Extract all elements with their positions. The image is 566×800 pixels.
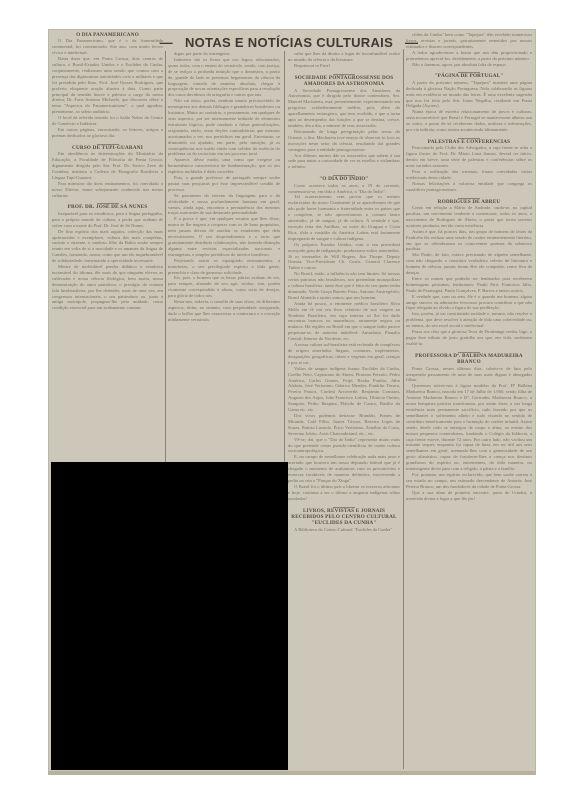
article-heading: PROF. DR. JOSÉ DE SÁ NUNES <box>52 204 163 210</box>
paragraph: A Biblioteca do Centro Cultural "Euclide… <box>288 527 400 533</box>
paragraph: Em obediência às determinações do Minist… <box>52 151 163 181</box>
paragraph: O local da referida reunião foi o Salão … <box>52 115 163 127</box>
column-1: O DIA PANAMERICANOO Dia Panamericano, qu… <box>52 32 163 462</box>
paragraph: Irreparável para os estudiosos, para a l… <box>52 211 163 229</box>
section-title: NOTAS E NOTÍCIAS CULTURAIS <box>185 35 393 50</box>
paragraph: Assim é que, há poucos dias, um grupo de… <box>406 229 532 253</box>
newspaper-page: — NOTAS E NOTÍCIAS CULTURAIS — O DIA PAN… <box>48 29 536 775</box>
paragraph: No Brasil, então, a influência não tem l… <box>288 271 400 301</box>
column-3: cular que lhes dá direito a lugar de inc… <box>288 51 400 769</box>
paragraph: Mestre de inolvidável pendor didático e … <box>52 264 163 311</box>
paragraph: Isto, porém, já vai constituindo raridad… <box>406 311 532 329</box>
paragraph: Inúmeros são os livros que nos legou, re… <box>168 57 280 98</box>
page-bottom-edge <box>48 771 536 775</box>
section-masthead: — NOTAS E NOTÍCIAS CULTURAIS — <box>164 32 414 52</box>
paragraph: Como acontece todos os anos, a 19 do cor… <box>288 183 400 195</box>
paragraph: Aos últimos muitos dão os associados que… <box>288 153 400 171</box>
column-4: clides da Cunha" bem como "Tapejara" têm… <box>406 32 532 772</box>
paragraph: Entre os nomes que poderão ser lembrados… <box>406 276 532 294</box>
paragraph: Para a realização das mesmas, foram conv… <box>406 169 532 181</box>
paragraph: Se passarmos do terreno da linguagem par… <box>168 193 280 217</box>
paragraph: Basta dizer que, em Ponta Grossa, dois c… <box>52 56 163 115</box>
paragraph: Como em relação a Mário de Andrade, cuid… <box>406 205 532 229</box>
paragraph: clides da Cunha" bem como "Tapejara" têm… <box>406 32 532 50</box>
article-heading: LIVROS, REVISTAS E JORNAIS RECEBIDOS PEL… <box>288 508 400 527</box>
paragraph: cular que lhes dá direito a lugar de inc… <box>288 51 400 63</box>
paragraph: E, no campo de semelhante celebração nad… <box>288 454 400 484</box>
paragraph: Em outras páginas, encontrarão, os leito… <box>52 127 163 139</box>
paragraph: Vultos de sangue indígena foram: Euclide… <box>288 366 400 413</box>
paragraph: Nossas felicitações à valorosa entidade … <box>406 181 532 193</box>
paragraph: Pois, o grande professor de português se… <box>168 175 280 193</box>
column-2: digno por parte do estrangeiro.Inúmeros … <box>168 51 280 462</box>
paragraph: Tal acontecimento vem provar que os ment… <box>288 194 400 241</box>
paragraph: Aparece, dêsse modo, uma como que exeges… <box>168 157 280 175</box>
paragraph: Foi, portanto, um espírito esclarecido, … <box>406 472 532 490</box>
article-heading: PROFESSORA Dª. BALBINA MADUREIRA BRANCO <box>406 353 532 366</box>
column-divider <box>403 49 404 769</box>
paragraph: A Sociedade Pontagrossense dos Amadores … <box>288 88 400 129</box>
paragraph: De fino espírito dos mais argutos, colec… <box>52 229 163 264</box>
paragraph: São Paulo, de fato, estava precisando de… <box>406 252 532 276</box>
paragraph: Que a sua alma de pioneira encontre, jun… <box>406 490 532 502</box>
paragraph: Os próprios Estados Unidos, com o seu pr… <box>288 242 400 272</box>
paragraph: E verdade que, com ou sem, êle é o quand… <box>406 294 532 312</box>
paragraph: Vê-se, daí, que o "Dia do Índio" represe… <box>288 437 400 455</box>
paragraph: O Brasil foi o último país a libertar os… <box>288 484 400 502</box>
paragraph: Queremos referir-nos à figura modelar da… <box>406 383 532 472</box>
paragraph: Eis, pois, o homem que as letras pátrias… <box>168 275 280 299</box>
paragraph: Numa época de estreito relacionamento de… <box>406 109 532 133</box>
paragraph: Não vai nisso, porém, nenhum intuito pre… <box>168 98 280 157</box>
column-divider <box>165 51 166 462</box>
paragraph: Ponta Grossa, nestes últimos dias, cobri… <box>406 366 532 384</box>
paragraph: Retornando de longa peregrinação pelas t… <box>288 129 400 153</box>
paragraph: Para ministrar tão úteis ensinamentos, f… <box>52 181 163 199</box>
paragraph: Patrocinado pelo Clube dos Advogados, a … <box>406 145 532 169</box>
paragraph: O Dia Panamericano, que é o da fraternid… <box>52 38 163 56</box>
paragraph: Projetando assim os espargindo ensinamen… <box>168 258 280 276</box>
paragraph: Resta-nos, todavia, o consôlo de suas ob… <box>168 299 280 323</box>
paragraph: Praza aos céus que a gloriosa Terra de P… <box>406 329 532 347</box>
paragraph: A nossa cultura sul-brasileira está rech… <box>288 342 400 366</box>
paragraph: A partir do próximo número, "Tapejara" m… <box>406 80 532 110</box>
paragraph: A todos agradecemos a honra que nos têm … <box>406 50 532 62</box>
paragraph: Ainda há pouco, o eminente médico brasil… <box>288 301 400 342</box>
paragraph: E a prova é que, em qualquer recanto que… <box>168 216 280 257</box>
article-heading: SOCIEDADE PONTAGROSSENSE DOS AMADORES DA… <box>288 75 400 88</box>
redacted-block <box>51 462 288 770</box>
paragraph: Dos vivos podemos destacar: Brandão, Pon… <box>288 413 400 437</box>
paragraph: Requiescat in Pace! <box>288 63 400 69</box>
paragraph: Não o fazemos, agora, por absoluta falta… <box>406 62 532 68</box>
